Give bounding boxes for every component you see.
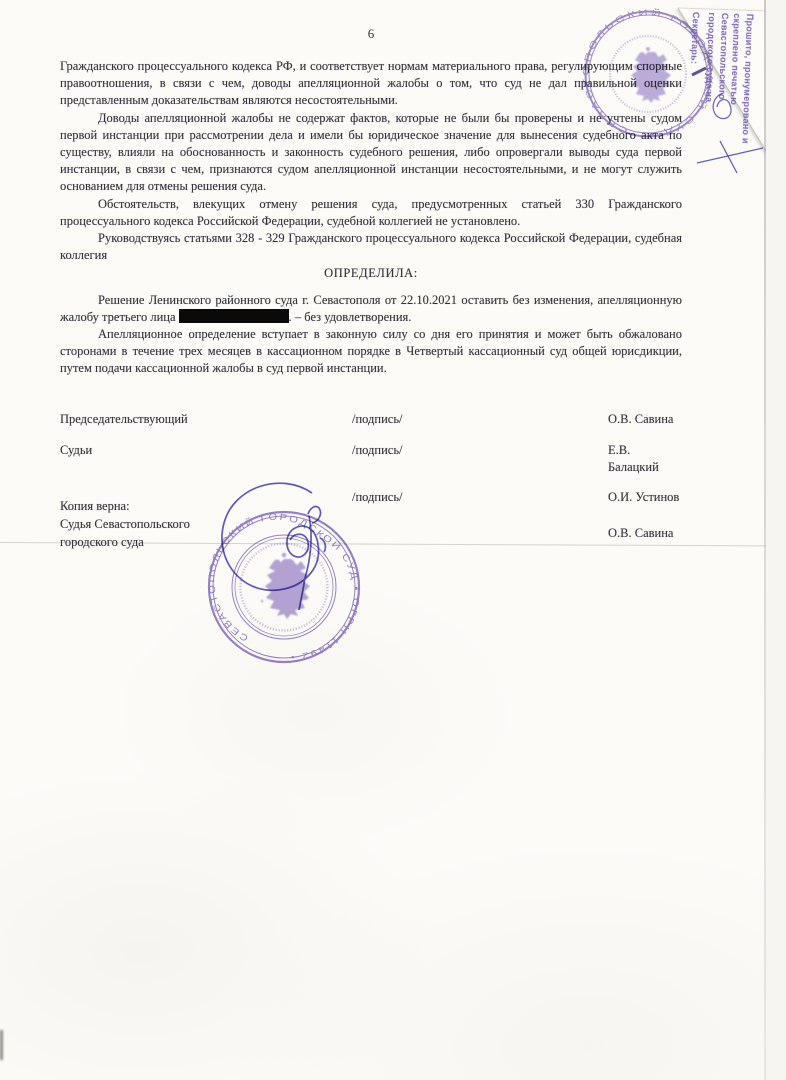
certification-line: Копия верна: — [60, 497, 682, 515]
handwritten-sheet-count — [708, 90, 738, 124]
paragraph: Обстоятельств, влекущих отмену решения с… — [60, 196, 682, 230]
scan-background-strip — [766, 0, 786, 1080]
signature-placeholder: /подпись/ — [352, 411, 608, 428]
handwritten-x-mark — [690, 135, 772, 180]
certification-block: Копия верна: Судья Севастопольского горо… — [60, 497, 682, 551]
role-label: Председательствующий — [60, 411, 352, 428]
signature-row: Председательствующий /подпись/ О.В. Сави… — [60, 411, 682, 428]
judge-name: О.В. Савина — [608, 411, 682, 428]
ruling-heading: ОПРЕДЕЛИЛА: — [60, 265, 682, 282]
scan-edge-artifact — [0, 1030, 3, 1060]
judge-name: О.В. Савина — [608, 524, 673, 542]
judge-name: Е.В. Балацкий — [608, 442, 682, 476]
redaction-box — [179, 309, 289, 323]
judge-ink-signature — [212, 478, 344, 618]
certification-line: Судья Севастопольского — [60, 515, 682, 533]
signature-row: Судьи /подпись/ Е.В. Балацкий — [60, 442, 682, 476]
signature-placeholder: /подпись/ — [352, 442, 608, 476]
paragraph: Апелляционное определение вступает в зак… — [60, 326, 682, 378]
scanned-court-document-page: 6 Гражданского процессуального кодекса Р… — [0, 0, 786, 1080]
handwritten-secretary-initial — [689, 63, 711, 79]
certification-line: городского суда — [60, 533, 682, 551]
ruling-text-after: . – без удовлетворения. — [289, 310, 412, 324]
paragraph: Руководствуясь статьями 328 - 329 Гражда… — [60, 230, 682, 264]
page-right-edge — [764, 0, 766, 1080]
role-label: Судьи — [60, 442, 352, 476]
ruling-paragraph: Решение Ленинского районного суда г. Сев… — [60, 292, 682, 326]
